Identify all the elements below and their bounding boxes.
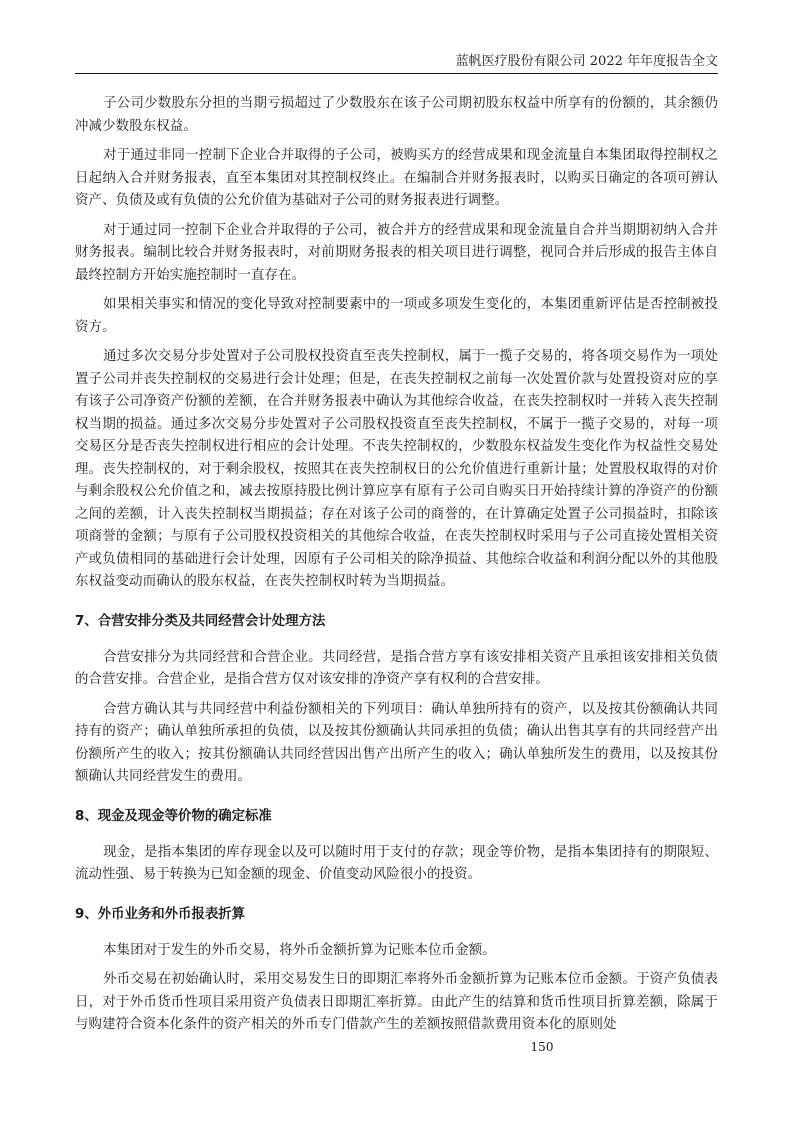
paragraph: 如果相关事实和情况的变化导致对控制要素中的一项或多项发生变化的，本集团重新评估是… [75,294,718,339]
section-heading-foreign-currency: 9、外币业务和外币报表折算 [75,905,718,925]
document-body: 子公司少数股东分担的当期亏损超过了少数股东在该子公司期初股东权益中所享有的份额的… [75,93,718,1044]
section-heading-cash-equivalents: 8、现金及现金等价物的确定标准 [75,807,718,827]
paragraph: 本集团对于发生的外币交易，将外币金额折算为记账本位币金额。 [75,940,718,963]
paragraph: 外币交易在初始确认时，采用交易发生日的即期汇率将外币金额折算为记账本位币金额。于… [75,969,718,1037]
paragraph: 子公司少数股东分担的当期亏损超过了少数股东在该子公司期初股东权益中所享有的份额的… [75,93,718,138]
section-heading-joint-arrangements: 7、合营安排分类及共同经营会计处理方法 [75,612,718,632]
paragraph: 合营安排分为共同经营和合营企业。共同经营，是指合营方享有该安排相关资产且承担该安… [75,647,718,692]
page-number: 150 [0,1040,794,1054]
paragraph: 合营方确认其与共同经营中利益份额相关的下列项目：确认单独所持有的资产，以及按其份… [75,699,718,789]
paragraph: 对于通过非同一控制下企业合并取得的子公司，被购买方的经营成果和现金流量自本集团取… [75,145,718,213]
paragraph: 现金，是指本集团的库存现金以及可以随时用于支付的存款；现金等价物，是指本集团持有… [75,842,718,887]
report-title: 蓝帆医疗股份有限公司 2022 年年度报告全文 [456,54,718,69]
paragraph: 通过多次交易分步处置对子公司股权投资直至丧失控制权，属于一揽子交易的，将各项交易… [75,346,718,594]
paragraph: 对于通过同一控制下企业合并取得的子公司，被合并方的经营成果和现金流量自合并当期期… [75,220,718,288]
page-header: 蓝帆医疗股份有限公司 2022 年年度报告全文 [75,52,718,74]
